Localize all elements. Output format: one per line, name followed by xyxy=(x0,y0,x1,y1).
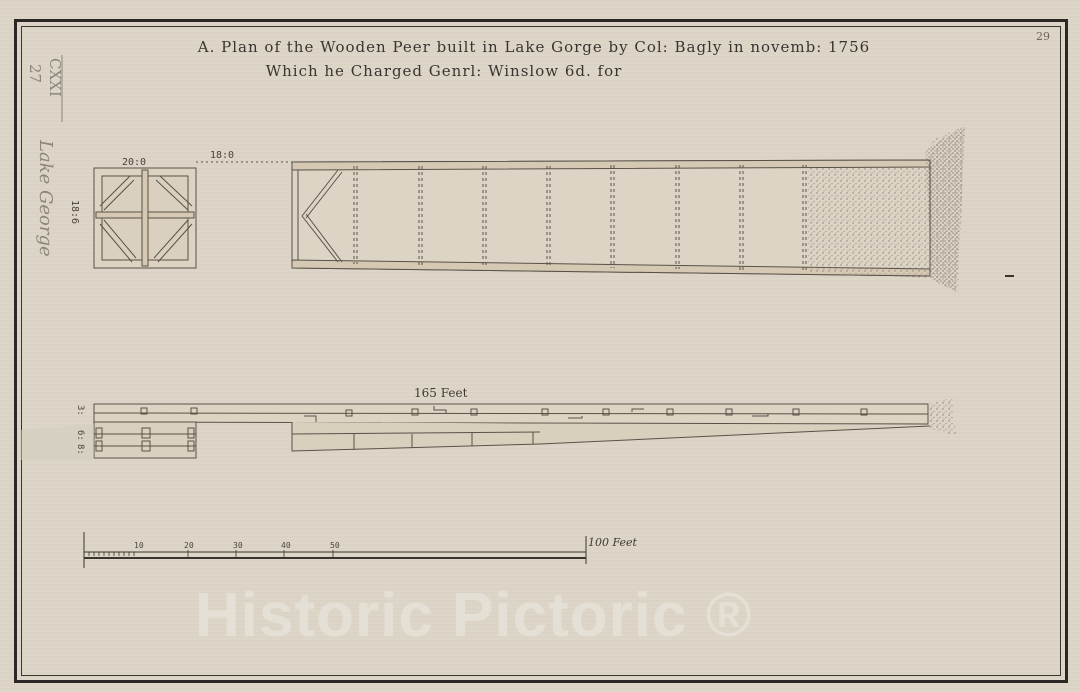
crib-depth-label: 18:6 xyxy=(69,200,80,224)
crib-width-label: 20:0 xyxy=(122,157,146,168)
scale-tick-20: 20 xyxy=(184,541,194,550)
scale-tick-40: 40 xyxy=(281,541,291,550)
gap-length-label: 18:0 xyxy=(210,150,234,161)
scale-tick-50: 50 xyxy=(330,541,340,550)
watermark: Historic Pictoric ® xyxy=(195,580,752,651)
scale-tick-10: 10 xyxy=(134,541,144,550)
deck-height-label: 3: xyxy=(75,405,85,416)
pier-length-label: 165 Feet xyxy=(414,386,467,400)
pier-elevation xyxy=(94,404,930,458)
crib-height-label-2: 8: xyxy=(75,444,85,455)
scale-tick-30: 30 xyxy=(233,541,243,550)
crib-height-label-1: 6: xyxy=(75,430,85,441)
crib-plan xyxy=(94,168,196,268)
scale-bar-graphic xyxy=(84,532,586,568)
stone-fill-elevation xyxy=(928,398,956,436)
scale-end-label: 100 Feet xyxy=(588,536,637,549)
